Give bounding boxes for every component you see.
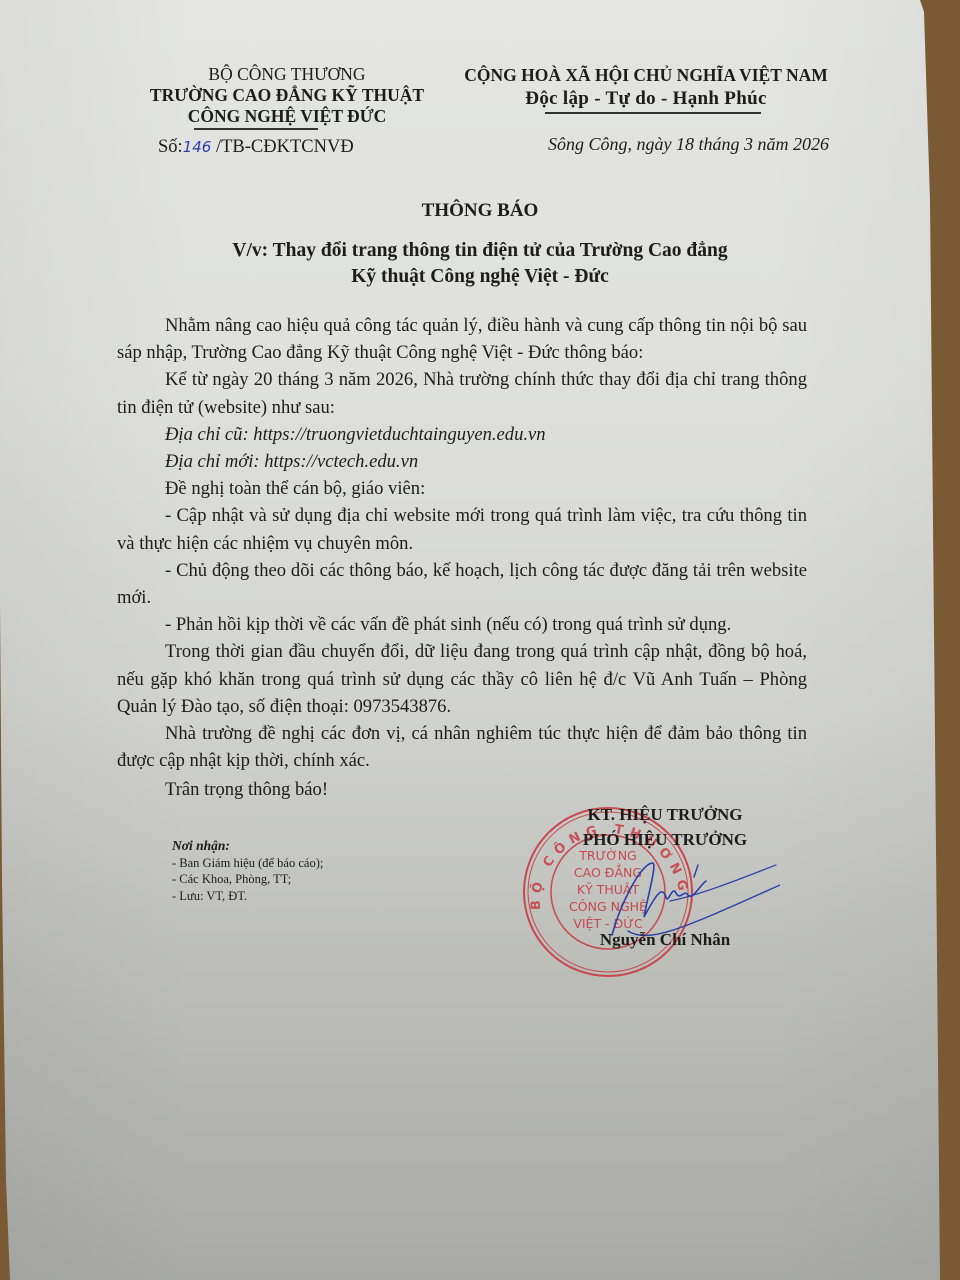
national-header: CỘNG HOÀ XÃ HỘI CHỦ NGHĨA VIỆT NAM Độc l… xyxy=(455,64,837,110)
header-left-divider xyxy=(194,128,318,130)
support-paragraph: Trong thời gian đầu chuyển đổi, dữ liệu … xyxy=(117,638,807,720)
recipient-item: - Lưu: VT, ĐT. xyxy=(172,888,323,905)
signer-name: Nguyễn Chí Nhân xyxy=(545,927,785,952)
subject-line2: Kỹ thuật Công nghệ Việt - Đức xyxy=(0,264,960,290)
document-title: THÔNG BÁO xyxy=(0,200,960,222)
recipients-block: Nơi nhận: - Ban Giám hiệu (để báo cáo); … xyxy=(172,838,323,904)
nation-name: CỘNG HOÀ XÃ HỘI CHỦ NGHĨA VIỆT NAM xyxy=(455,64,837,87)
signer-authority: KT. HIỆU TRƯỞNG xyxy=(545,802,785,827)
document-body: Nhằm nâng cao hiệu quả công tác quản lý,… xyxy=(117,312,807,804)
request-item: - Cập nhật và sử dụng địa chỉ website mớ… xyxy=(117,502,807,556)
compliance-paragraph: Nhà trường đề nghị các đơn vị, cá nhân n… xyxy=(117,720,807,774)
issuer-header: BỘ CÔNG THƯƠNG TRƯỜNG CAO ĐẲNG KỸ THUẬT … xyxy=(108,64,466,127)
new-website-address: Địa chỉ mới: https://vctech.edu.vn xyxy=(117,448,807,475)
national-motto: Độc lập - Tự do - Hạnh Phúc xyxy=(455,87,837,110)
recipients-heading: Nơi nhận: xyxy=(172,838,323,855)
school-name-line2: CÔNG NGHỆ VIỆT ĐỨC xyxy=(108,106,466,127)
header-right-divider xyxy=(545,112,761,114)
ministry-name: BỘ CÔNG THƯƠNG xyxy=(108,64,466,85)
place-date: Sông Công, ngày 18 tháng 3 năm 2026 xyxy=(548,134,829,155)
document-number-suffix: /TB-CĐKTCNVĐ xyxy=(211,137,353,157)
document-subject: V/v: Thay đổi trang thông tin điện tử củ… xyxy=(0,238,960,290)
old-website-address: Địa chỉ cũ: https://truongvietduchtaingu… xyxy=(117,421,807,448)
signature-block: KT. HIỆU TRƯỞNG PHÓ HIỆU TRƯỞNG Nguyễn C… xyxy=(545,802,785,952)
subject-line1: V/v: Thay đổi trang thông tin điện tử củ… xyxy=(0,238,960,264)
document-number: Số:146 /TB-CĐKTCNVĐ xyxy=(158,137,354,158)
recipient-item: - Các Khoa, Phòng, TT; xyxy=(172,871,323,888)
handwritten-number: 146 xyxy=(183,138,212,156)
intro-paragraph: Nhằm nâng cao hiệu quả công tác quản lý,… xyxy=(117,312,807,366)
signer-title: PHÓ HIỆU TRƯỞNG xyxy=(545,827,785,852)
request-item: - Phản hồi kịp thời về các vấn đề phát s… xyxy=(117,611,807,638)
request-item: - Chủ động theo dõi các thông báo, kế ho… xyxy=(117,557,807,611)
effective-paragraph: Kể từ ngày 20 tháng 3 năm 2026, Nhà trườ… xyxy=(117,366,807,420)
school-name-line1: TRƯỜNG CAO ĐẲNG KỸ THUẬT xyxy=(108,85,466,106)
recipient-item: - Ban Giám hiệu (để báo cáo); xyxy=(172,855,323,872)
request-intro: Đề nghị toàn thể cán bộ, giáo viên: xyxy=(117,475,807,502)
document-page: BỘ CÔNG THƯƠNG TRƯỜNG CAO ĐẲNG KỸ THUẬT … xyxy=(0,0,960,1280)
closing-line: Trân trọng thông báo! xyxy=(117,776,807,803)
document-number-prefix: Số: xyxy=(158,137,183,157)
